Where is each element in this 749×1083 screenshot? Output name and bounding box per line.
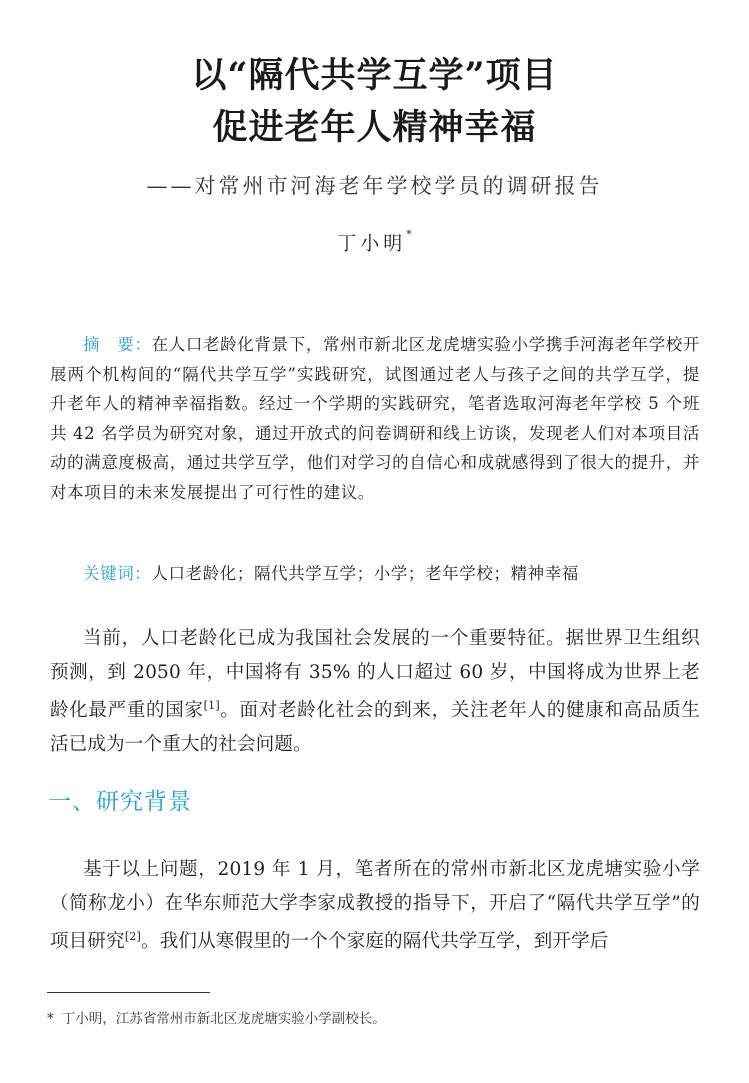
keywords-text: 人口老龄化；隔代共学互学；小学；老年学校；精神幸福 [151, 564, 579, 583]
title-line-2: 促进老年人精神幸福 [0, 110, 749, 145]
citation-2[interactable]: [2] [125, 930, 141, 943]
footnote-divider [47, 992, 210, 993]
body-paragraph-1: 当前，人口老龄化已成为我国社会发展的一个重要特征。据世界卫生组织预测，到 205… [50, 622, 700, 761]
keywords-label: 关键词： [83, 564, 151, 583]
title-line-1: 以“隔代共学互学”项目 [0, 58, 749, 93]
author-name: 丁小明 [337, 232, 406, 254]
author-line: 丁小明* [0, 233, 749, 253]
paragraph-2-text-b: 。我们从寒假里的一个个家庭的隔代共学互学，到开学后 [141, 931, 609, 952]
abstract: 摘 要：在人口老龄化背景下，常州市新北区龙虎塘实验小学携手河海老年学校开展两个机… [50, 330, 700, 508]
author-footnote-mark[interactable]: * [406, 228, 412, 241]
footnote: *丁小明，江苏省常州市新北区龙虎塘实验小学副校长。 [47, 1011, 386, 1029]
citation-1[interactable]: [1] [204, 699, 220, 712]
footnote-mark: * [47, 1011, 54, 1027]
subtitle: ——对常州市河海老年学校学员的调研报告 [0, 176, 749, 197]
abstract-text: 在人口老龄化背景下，常州市新北区龙虎塘实验小学携手河海老年学校开展两个机构间的“… [50, 335, 700, 502]
body-paragraph-2: 基于以上问题，2019 年 1 月，笔者所在的常州市新北区龙虎塘实验小学（简称龙… [50, 853, 700, 959]
footnote-text: 丁小明，江苏省常州市新北区龙虎塘实验小学副校长。 [62, 1011, 386, 1027]
section-heading-research-background: 一、研究背景 [48, 789, 192, 817]
abstract-paragraph: 摘 要：在人口老龄化背景下，常州市新北区龙虎塘实验小学携手河海老年学校开展两个机… [50, 330, 700, 508]
paragraph-text: 当前，人口老龄化已成为我国社会发展的一个重要特征。据世界卫生组织预测，到 205… [50, 622, 700, 761]
paragraph-text: 基于以上问题，2019 年 1 月，笔者所在的常州市新北区龙虎塘实验小学（简称龙… [50, 853, 700, 959]
abstract-label: 摘 要： [83, 335, 152, 354]
keywords: 关键词：人口老龄化；隔代共学互学；小学；老年学校；精神幸福 [83, 560, 579, 588]
